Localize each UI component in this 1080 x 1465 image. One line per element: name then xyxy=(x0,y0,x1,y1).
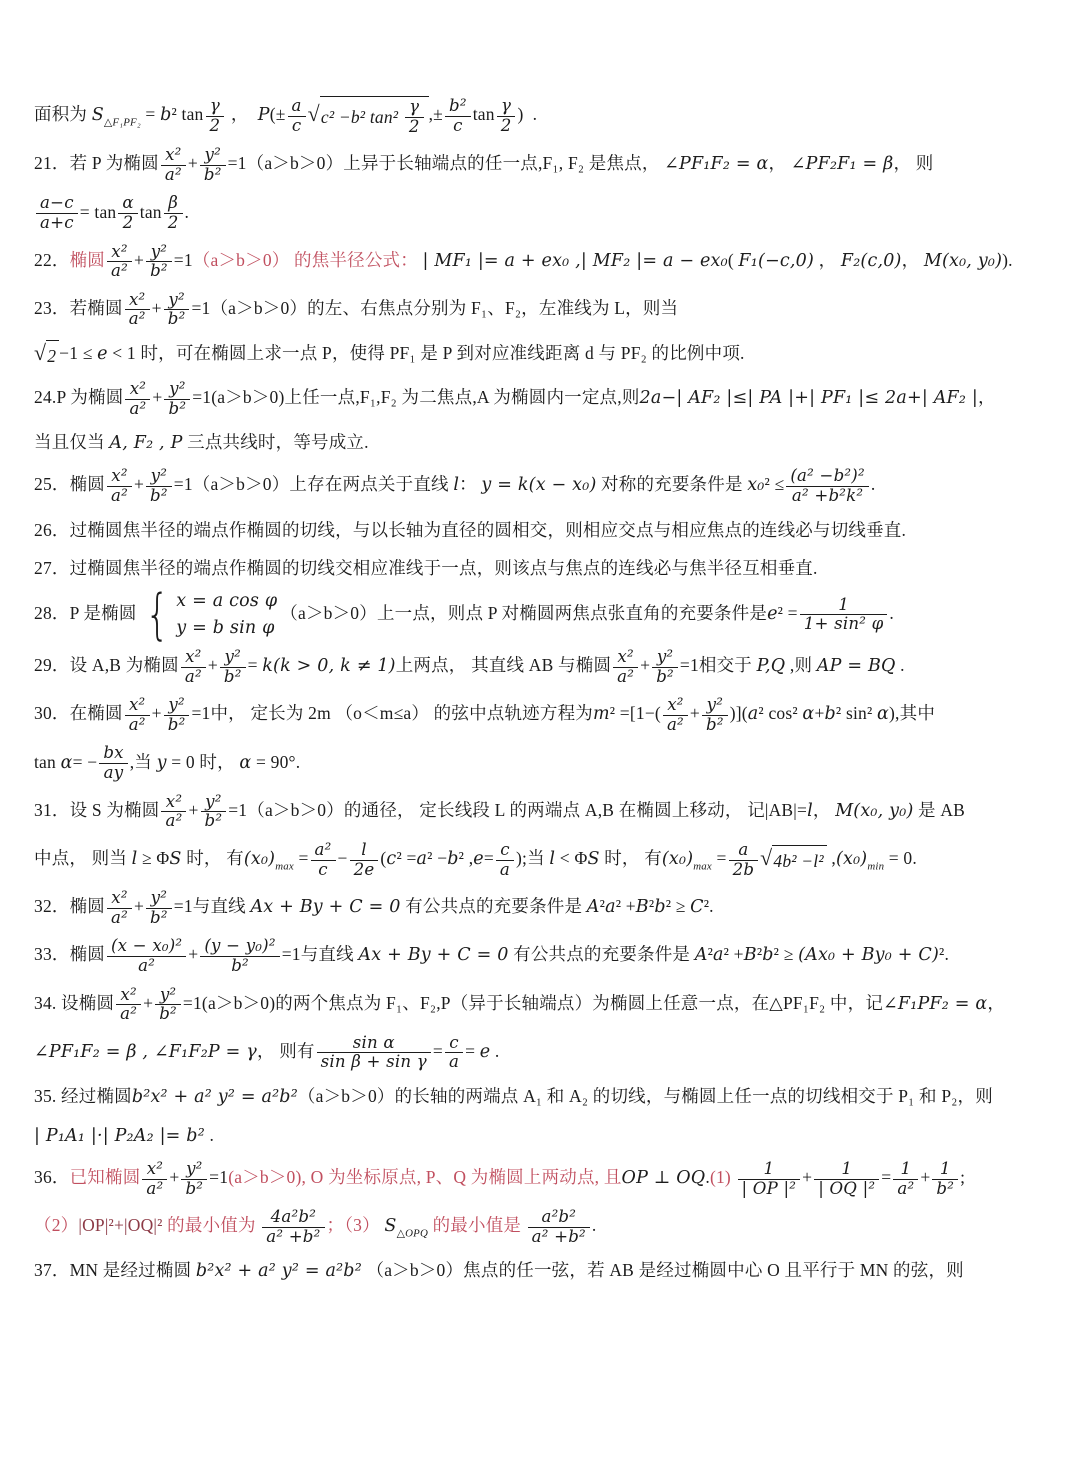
text-run: S△OPQ xyxy=(384,1215,432,1235)
intro-area-formula: 面积为 S△F₁PF₂ = b² tanγ2 ， P(±ac√c² −b² ta… xyxy=(34,96,1054,136)
fraction: x²a² xyxy=(107,467,132,505)
text-run: 27．过椭圆焦半径的端点作椭圆的切线交相应准线于一点，则该点与焦点的连线必与焦半… xyxy=(34,558,818,578)
fraction: a²b²a² +b² xyxy=(528,1208,590,1246)
text-run: 中点， 则当 l ≥ ΦS 时， 有(x₀)max =a²c−l2e(c² =a… xyxy=(34,848,917,868)
fraction: x²a² xyxy=(142,1160,167,1198)
fraction: γ2 xyxy=(206,97,225,135)
radical-icon: √ xyxy=(34,343,46,365)
text-run: ∠PF₁F₂ = β , ∠F₁F₂P = γ， 则有sin αsin β + … xyxy=(34,1041,499,1061)
curly-brace-icon: { xyxy=(145,592,169,638)
text-run: a²b²a² +b². xyxy=(526,1215,597,1235)
square-root: √4b² −l² xyxy=(760,845,827,875)
fraction: (y − y₀)²b² xyxy=(200,937,279,975)
fraction: γ2 xyxy=(497,97,516,135)
text-run: 23．若椭圆x²a²+y²b²=1（a＞b＞0）的左、右焦点分别为 F₁、F₂，… xyxy=(34,298,678,318)
fraction: a2b xyxy=(729,841,759,879)
fraction: bxay xyxy=(99,744,127,782)
text-run: 椭圆 xyxy=(70,250,105,270)
text-run: 37．MN 是经过椭圆 b²x² + a² y² = a²b² （a＞b＞0）焦… xyxy=(34,1260,964,1280)
text-run: 22． xyxy=(34,250,70,270)
text-run: 32．椭圆x²a²+y²b²=1与直线 Ax + By + C = 0 有公共点… xyxy=(34,896,714,916)
item-35-line-1: 35. 经过椭圆b²x² + a² y² = a²b²（a＞b＞0）的长轴的两端… xyxy=(34,1082,1054,1111)
item-26-line-1: 26．过椭圆焦半径的端点作椭圆的切线，与以长轴为直径的圆相交，则相应交点与相应焦… xyxy=(34,516,1054,544)
item-22-line-1: 22．椭圆x²a²+y²b²=1（a＞b＞0） 的焦半径公式： | MF₁ |=… xyxy=(34,243,1054,281)
text-run: a−ca+c= tanα2tanβ2. xyxy=(34,202,189,222)
fraction: (a² −b²)²a² +b²k² xyxy=(786,467,868,505)
fraction: ca xyxy=(445,1034,463,1072)
fraction: γ2 xyxy=(405,98,424,136)
parametric-system: {x = a cos φy = b sin φ xyxy=(140,592,278,639)
fraction: 4a²b²a² +b² xyxy=(262,1208,324,1246)
item-28-line-1: 28．P 是椭圆{x = a cos φy = b sin φ（a＞b＞0）上一… xyxy=(34,592,1054,639)
fraction: y²b² xyxy=(164,291,190,329)
text-run: OP ⊥ OQ. xyxy=(622,1167,710,1187)
fraction: y²b² xyxy=(652,648,678,686)
text-run: 21．若 P 为椭圆x²a²+y²b²=1（a＞b＞0）上异于长轴端点的任一点,… xyxy=(34,153,933,173)
fraction: x²a² xyxy=(181,648,206,686)
text-run: 1| OP |²+1| OQ |²=1a²+1b²; xyxy=(736,1167,966,1187)
item-29-line-1: 29．设 A,B 为椭圆x²a²+y²b²= k(k > 0, k ≠ 1)上两… xyxy=(34,648,1054,686)
item-30-line-1: 30．在椭圆x²a²+y²b²=1中， 定长为 2m （o＜m≤a） 的弦中点轨… xyxy=(34,696,1054,734)
text-run: (a＞b＞0), O 为坐标原点, P、Q 为椭圆上两动点, 且 xyxy=(228,1167,621,1187)
text-run: tan α= −bxay,当 y = 0 时， α = 90°. xyxy=(34,752,300,772)
fraction: x²a² xyxy=(613,648,638,686)
fraction: y²b² xyxy=(146,243,172,281)
item-24-line-1: 24.P 为椭圆x²a²+y²b²=1(a＞b＞0)上任一点,F₁,F₂ 为二焦… xyxy=(34,380,1054,418)
fraction: y²b² xyxy=(164,696,190,734)
fraction: y²b² xyxy=(702,696,728,734)
fraction: b²c xyxy=(445,97,471,135)
fraction: x²a² xyxy=(125,696,150,734)
fraction: x²a² xyxy=(116,986,141,1024)
text-run: ；（3） xyxy=(327,1215,385,1235)
fraction: x²a² xyxy=(161,793,186,831)
text-run: x²a²+y²b²=1 xyxy=(140,1167,228,1187)
item-34-line-1: 34. 设椭圆x²a²+y²b²=1(a＞b＞0)的两个焦点为 F₁、F₂,P（… xyxy=(34,986,1054,1024)
text-run: 的最小值是 xyxy=(433,1215,526,1235)
math-notes-page: 面积为 S△F₁PF₂ = b² tanγ2 ， P(±ac√c² −b² ta… xyxy=(0,0,1080,1285)
fraction: α2 xyxy=(118,194,137,232)
text-run: 的最小值为 xyxy=(163,1215,261,1235)
text-run: 25．椭圆x²a²+y²b²=1（a＞b＞0）上存在两点关于直线 l： y = … xyxy=(34,474,875,494)
fraction: y²b² xyxy=(146,889,172,927)
radical-icon: √ xyxy=(308,104,320,126)
fraction: y²b² xyxy=(220,648,246,686)
item-32-line-1: 32．椭圆x²a²+y²b²=1与直线 Ax + By + C = 0 有公共点… xyxy=(34,889,1054,927)
item-25-line-1: 25．椭圆x²a²+y²b²=1（a＞b＞0）上存在两点关于直线 l： y = … xyxy=(34,467,1054,505)
item-33-line-1: 33．椭圆(x − x₀)²a²+(y − y₀)²b²=1与直线 Ax + B… xyxy=(34,937,1054,975)
text-run: 33．椭圆(x − x₀)²a²+(y − y₀)²b²=1与直线 Ax + B… xyxy=(34,944,949,964)
item-36-line-1: 36．已知椭圆x²a²+y²b²=1(a＞b＞0), O 为坐标原点, P、Q … xyxy=(34,1160,1054,1198)
text-run: | MF₁ |= a + ex₀ ,| MF₂ |= a − ex₀( F₁(−… xyxy=(423,250,1013,270)
fraction: x²a² xyxy=(161,146,186,184)
item-23-line-2: √2−1 ≤ e < 1 时，可在椭圆上求一点 P，使得 PF₁ 是 P 到对应… xyxy=(34,339,1054,370)
text-run: 当且仅当 A, F₂ , P 三点共线时，等号成立. xyxy=(34,432,369,452)
fraction: y²b² xyxy=(164,380,190,418)
text-run: 30．在椭圆x²a²+y²b²=1中， 定长为 2m （o＜m≤a） 的弦中点轨… xyxy=(34,703,935,723)
fraction: y²b² xyxy=(181,1160,207,1198)
fraction: x²a² xyxy=(107,243,132,281)
text-run: 28．P 是椭圆{x = a cos φy = b sin φ（a＞b＞0）上一… xyxy=(34,603,894,623)
text-run: 36． xyxy=(34,1167,70,1187)
text-run: （a＞b＞0） 的焦半径公式： xyxy=(193,250,423,270)
text-run: √2−1 ≤ e < 1 时，可在椭圆上求一点 P，使得 PF₁ 是 P 到对应… xyxy=(34,343,745,363)
item-23-line-1: 23．若椭圆x²a²+y²b²=1（a＞b＞0）的左、右焦点分别为 F₁、F₂，… xyxy=(34,291,1054,329)
text-run: 26．过椭圆焦半径的端点作椭圆的切线，与以长轴为直径的圆相交，则相应交点与相应焦… xyxy=(34,520,906,540)
item-21-line-2: a−ca+c= tanα2tanβ2. xyxy=(34,194,1054,232)
square-root: √c² −b² tan² γ2 xyxy=(308,96,429,136)
fraction: a−ca+c xyxy=(36,194,78,232)
fraction: x²a² xyxy=(663,696,688,734)
text-run: 24.P 为椭圆x²a²+y²b²=1(a＞b＞0)上任一点,F₁,F₂ 为二焦… xyxy=(34,387,996,407)
text-run: x²a²+y²b²=1 xyxy=(105,250,193,270)
fraction: (x − x₀)²a² xyxy=(107,937,186,975)
text-run: |OP|²+|OQ|² xyxy=(78,1215,162,1235)
fraction: x²a² xyxy=(125,291,150,329)
fraction: 1| OQ |² xyxy=(814,1160,879,1198)
fraction: y²b² xyxy=(155,986,181,1024)
text-run: | P₁A₁ |·| P₂A₂ |= b² . xyxy=(34,1125,214,1145)
fraction: ac xyxy=(288,97,306,135)
text-run: （2） xyxy=(34,1215,78,1235)
fraction: y²b² xyxy=(200,146,226,184)
text-run: 34. 设椭圆x²a²+y²b²=1(a＞b＞0)的两个焦点为 F₁、F₂,P（… xyxy=(34,993,1005,1013)
text-run: (1) xyxy=(710,1167,736,1187)
fraction: 11+ sin² φ xyxy=(800,596,888,634)
fraction: a²c xyxy=(311,841,336,879)
fraction: x²a² xyxy=(125,380,150,418)
fraction: y²b² xyxy=(146,467,172,505)
text-run: 31．设 S 为椭圆x²a²+y²b²=1（a＞b＞0）的通径， 定长线段 L … xyxy=(34,800,965,820)
fraction: sin αsin β + sin γ xyxy=(317,1034,431,1072)
fraction: β2 xyxy=(164,194,183,232)
fraction: x²a² xyxy=(107,889,132,927)
item-21-line-1: 21．若 P 为椭圆x²a²+y²b²=1（a＞b＞0）上异于长轴端点的任一点,… xyxy=(34,146,1054,184)
item-31-line-1: 31．设 S 为椭圆x²a²+y²b²=1（a＞b＞0）的通径， 定长线段 L … xyxy=(34,793,1054,831)
fraction: y²b² xyxy=(201,793,227,831)
fraction: 1| OP |² xyxy=(738,1160,801,1198)
fraction: ca xyxy=(496,841,514,879)
item-30-line-2: tan α= −bxay,当 y = 0 时， α = 90°. xyxy=(34,744,1054,782)
text-run: 4a²b²a² +b² xyxy=(260,1215,326,1235)
item-24-line-2: 当且仅当 A, F₂ , P 三点共线时，等号成立. xyxy=(34,428,1054,457)
item-36-line-2: （2）|OP|²+|OQ|² 的最小值为 4a²b²a² +b²；（3） S△O… xyxy=(34,1208,1054,1246)
fraction: 1b² xyxy=(932,1160,958,1198)
fraction: 1a² xyxy=(893,1160,918,1198)
square-root: √2 xyxy=(34,340,59,370)
item-34-line-2: ∠PF₁F₂ = β , ∠F₁F₂P = γ， 则有sin αsin β + … xyxy=(34,1034,1054,1072)
item-37-line-1: 37．MN 是经过椭圆 b²x² + a² y² = a²b² （a＞b＞0）焦… xyxy=(34,1256,1054,1285)
radical-icon: √ xyxy=(760,848,772,870)
item-27-line-1: 27．过椭圆焦半径的端点作椭圆的切线交相应准线于一点，则该点与焦点的连线必与焦半… xyxy=(34,554,1054,582)
text-run: 35. 经过椭圆b²x² + a² y² = a²b²（a＞b＞0）的长轴的两端… xyxy=(34,1086,993,1106)
item-35-line-2: | P₁A₁ |·| P₂A₂ |= b² . xyxy=(34,1121,1054,1150)
text-run: 29．设 A,B 为椭圆x²a²+y²b²= k(k > 0, k ≠ 1)上两… xyxy=(34,655,905,675)
item-31-line-2: 中点， 则当 l ≥ ΦS 时， 有(x₀)max =a²c−l2e(c² =a… xyxy=(34,841,1054,879)
fraction: l2e xyxy=(350,841,379,879)
text-run: 已知椭圆 xyxy=(70,1167,141,1187)
text-run: 面积为 S△F₁PF₂ = b² tanγ2 ， P(±ac√c² −b² ta… xyxy=(34,104,537,124)
